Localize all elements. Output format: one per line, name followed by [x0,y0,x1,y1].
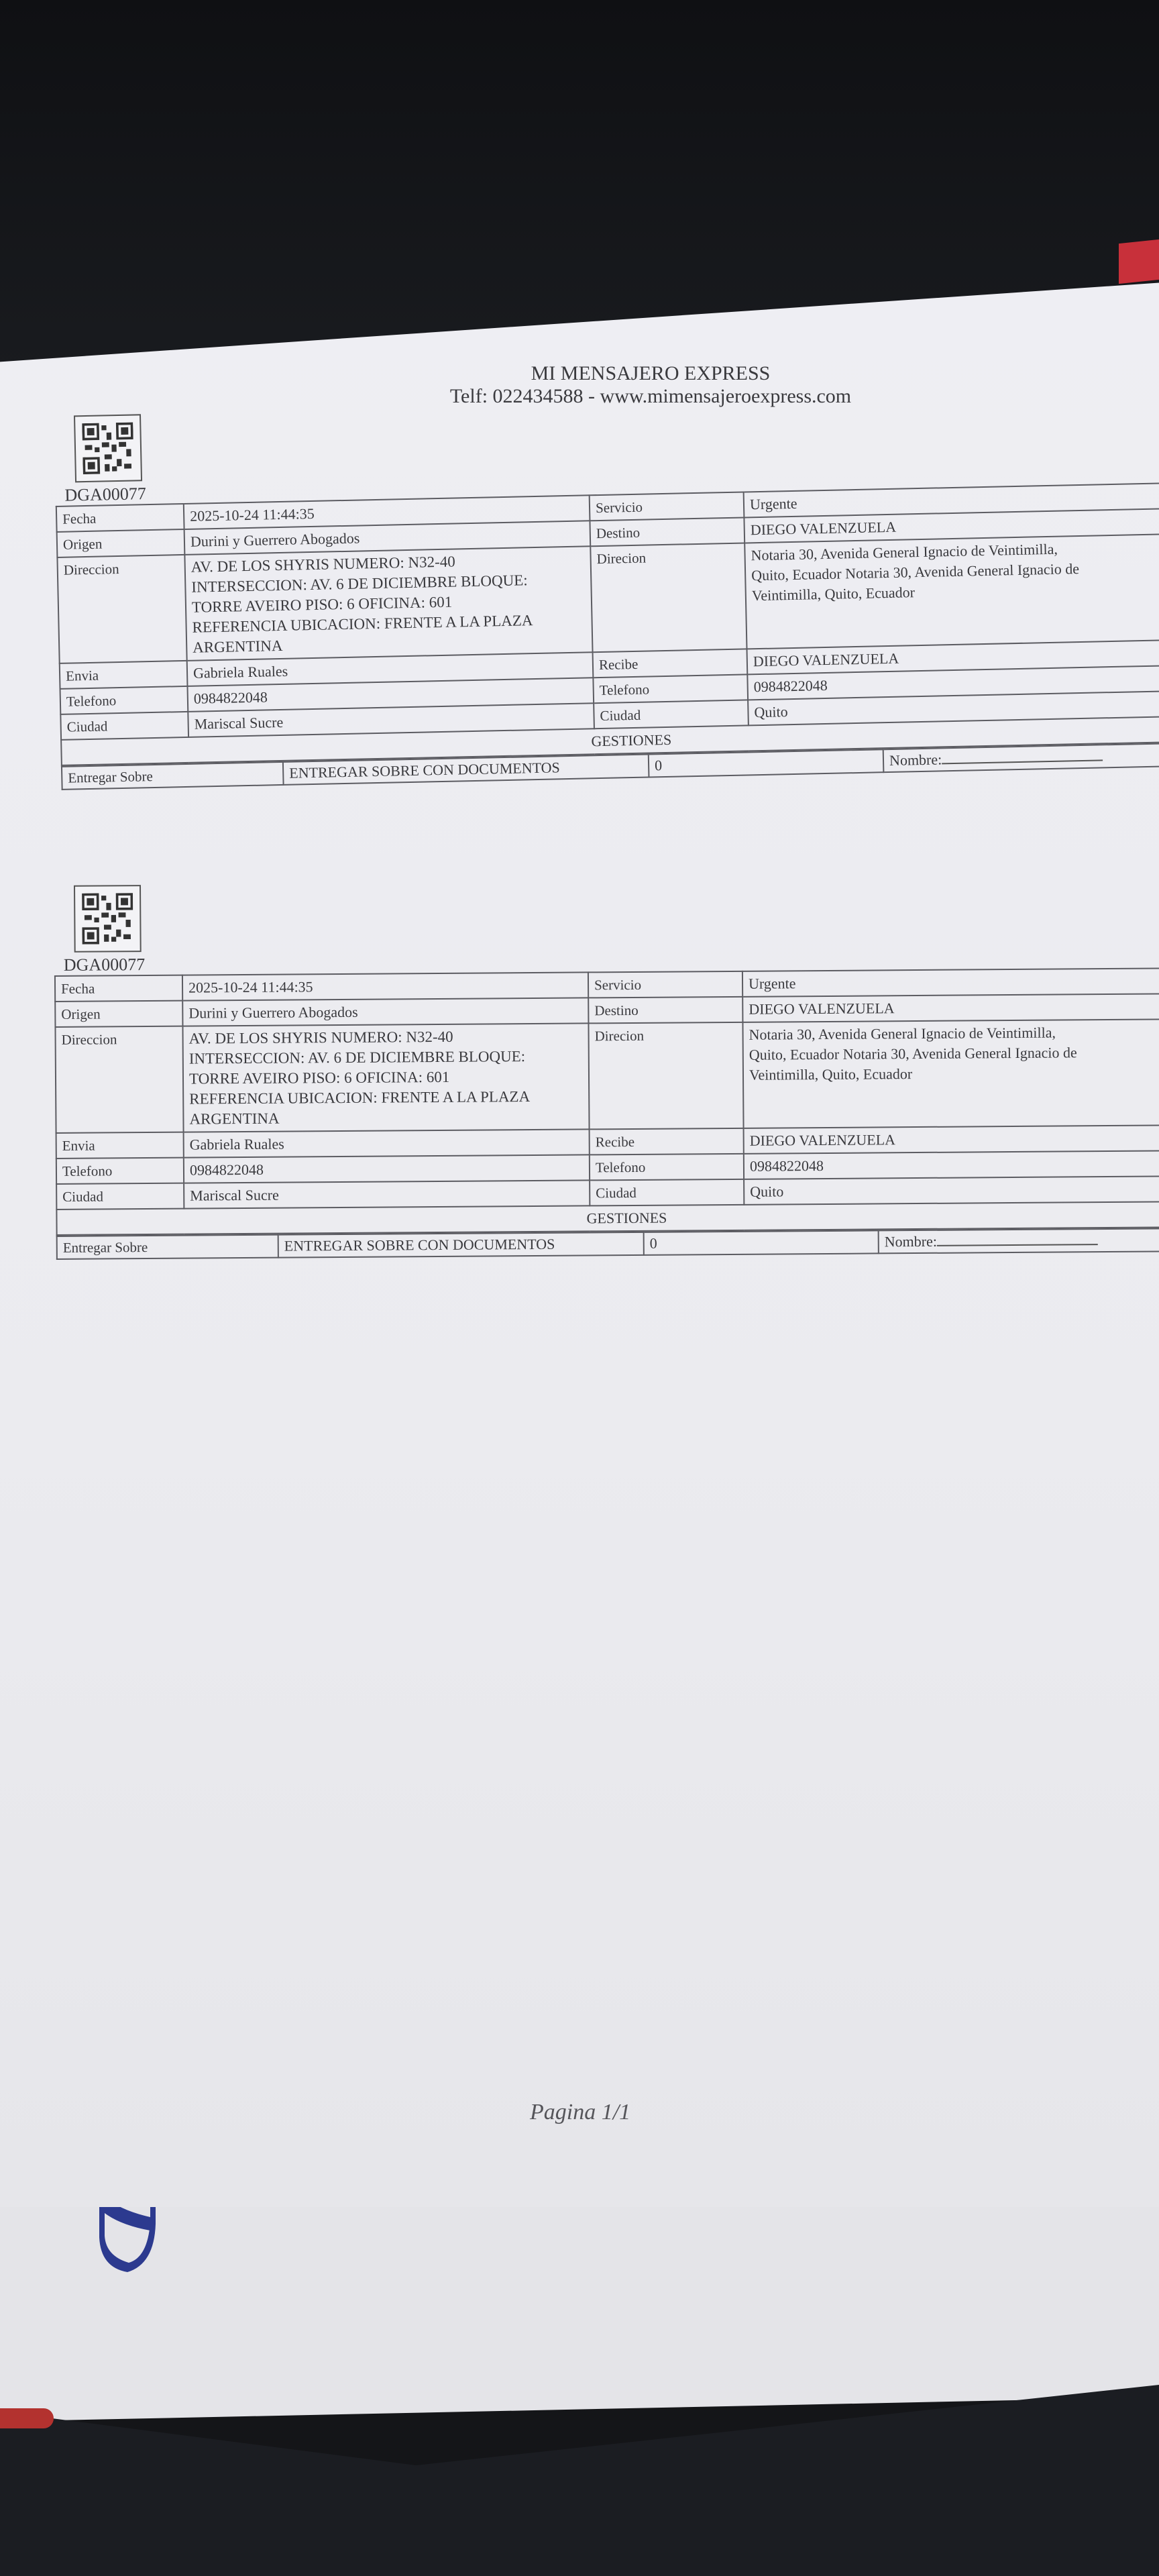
address-line: Quito, Ecuador Notaria 30, Avenida Gener… [749,1042,1159,1065]
ciudad-destino-label: Ciudad [594,700,749,729]
ciudad-label: Ciudad [56,1183,184,1210]
telefono-destino-value: 0984822048 [744,1150,1159,1179]
address-line: Notaria 30, Avenida General Ignacio de V… [749,1022,1159,1045]
address-line: ARGENTINA [189,1106,583,1129]
envia-label: Envia [60,661,188,689]
address-line: REFERENCIA UBICACION: FRENTE A LA PLAZA [189,1086,583,1109]
nombre-label: Nombre: [885,1233,937,1250]
envia-label: Envia [56,1132,184,1159]
address-line: AV. DE LOS SHYRIS NUMERO: N32-40 [188,1026,582,1049]
direccion-label: Direccion [57,555,186,663]
shipment-table: Fecha 2025-10-24 11:44:35 Servicio Urgen… [56,482,1159,766]
company-name: MI MENSAJERO EXPRESS [121,362,1159,385]
table-row: Direccion AV. DE LOS SHYRIS NUMERO: N32-… [55,1019,1159,1133]
telefono-destino-label: Telefono [590,1154,744,1181]
fecha-label: Fecha [55,975,182,1002]
recibe-label: Recibe [593,649,748,678]
waybill-document: MI MENSAJERO EXPRESS Telf: 022434588 - w… [40,362,1159,408]
red-object [0,2408,54,2428]
entregar-sobre-label: Entregar Sobre [57,1235,278,1259]
direccion-destino-value: Notaria 30, Avenida General Ignacio de V… [744,533,1159,649]
fecha-label: Fecha [56,504,184,532]
envia-value: Gabriela Ruales [184,1129,590,1157]
page-number: Pagina 1/1 [530,2100,630,2125]
recibe-value: DIEGO VALENZUELA [744,1125,1159,1154]
signature-line [942,759,1103,764]
gestion-cantidad: 0 [649,749,884,777]
origen-label: Origen [55,1001,182,1027]
waybill-copy-2: DGA00077 Fecha 2025-10-24 11:44:35 Servi… [54,877,1159,1260]
gestion-cantidad: 0 [644,1230,879,1254]
fecha-value: 2025-10-24 11:44:35 [182,972,588,1000]
ciudad-destino-label: Ciudad [590,1179,744,1206]
destino-label: Destino [588,997,742,1024]
entregar-sobre-label: Entregar Sobre [62,762,284,790]
signature-line [937,1244,1098,1246]
waybill-copy-1: DGA00077 Fecha 2025-10-24 11:44:35 Servi… [54,392,1159,790]
direccion-destino-label: Direcion [588,1022,743,1130]
servicio-value: Urgente [742,968,1159,997]
ciudad-label: Ciudad [60,712,188,740]
destino-value: DIEGO VALENZUELA [742,994,1159,1022]
gestion-descripcion: ENTREGAR SOBRE CON DOCUMENTOS [278,1232,644,1258]
qr-code-icon [74,414,142,482]
nombre-signature-field[interactable]: Nombre: [879,1228,1159,1253]
servicio-label: Servicio [588,971,742,998]
shipment-table: Fecha 2025-10-24 11:44:35 Servicio Urgen… [54,967,1159,1236]
direccion-destino-label: Direcion [590,543,747,652]
destino-label: Destino [590,517,744,546]
address-line: TORRE AVEIRO PISO: 6 OFICINA: 601 [189,1066,583,1089]
nombre-label: Nombre: [889,751,942,769]
ciudad-destino-value: Quito [744,1176,1159,1205]
address-line: Veintimilla, Quito, Ecuador [749,1062,1159,1085]
telefono-value: 0984822048 [184,1155,590,1183]
direccion-value: AV. DE LOS SHYRIS NUMERO: N32-40 INTERSE… [182,1023,589,1132]
origen-value: Durini y Guerrero Abogados [182,998,588,1026]
telefono-label: Telefono [56,1158,184,1184]
address-line: INTERSECCION: AV. 6 DE DICIEMBRE BLOQUE: [189,1046,583,1069]
direccion-value: AV. DE LOS SHYRIS NUMERO: N32-40 INTERSE… [184,546,592,661]
ciudad-value: Mariscal Sucre [184,1180,590,1208]
servicio-label: Servicio [590,492,744,521]
origen-label: Origen [57,529,185,557]
telefono-label: Telefono [60,686,188,714]
qr-code-icon [74,885,142,953]
direccion-label: Direccion [55,1026,183,1133]
telefono-destino-label: Telefono [593,674,748,703]
direccion-destino-value: Notaria 30, Avenida General Ignacio de V… [742,1019,1159,1128]
red-folder-edge [1119,239,1159,284]
recibe-label: Recibe [590,1128,744,1155]
